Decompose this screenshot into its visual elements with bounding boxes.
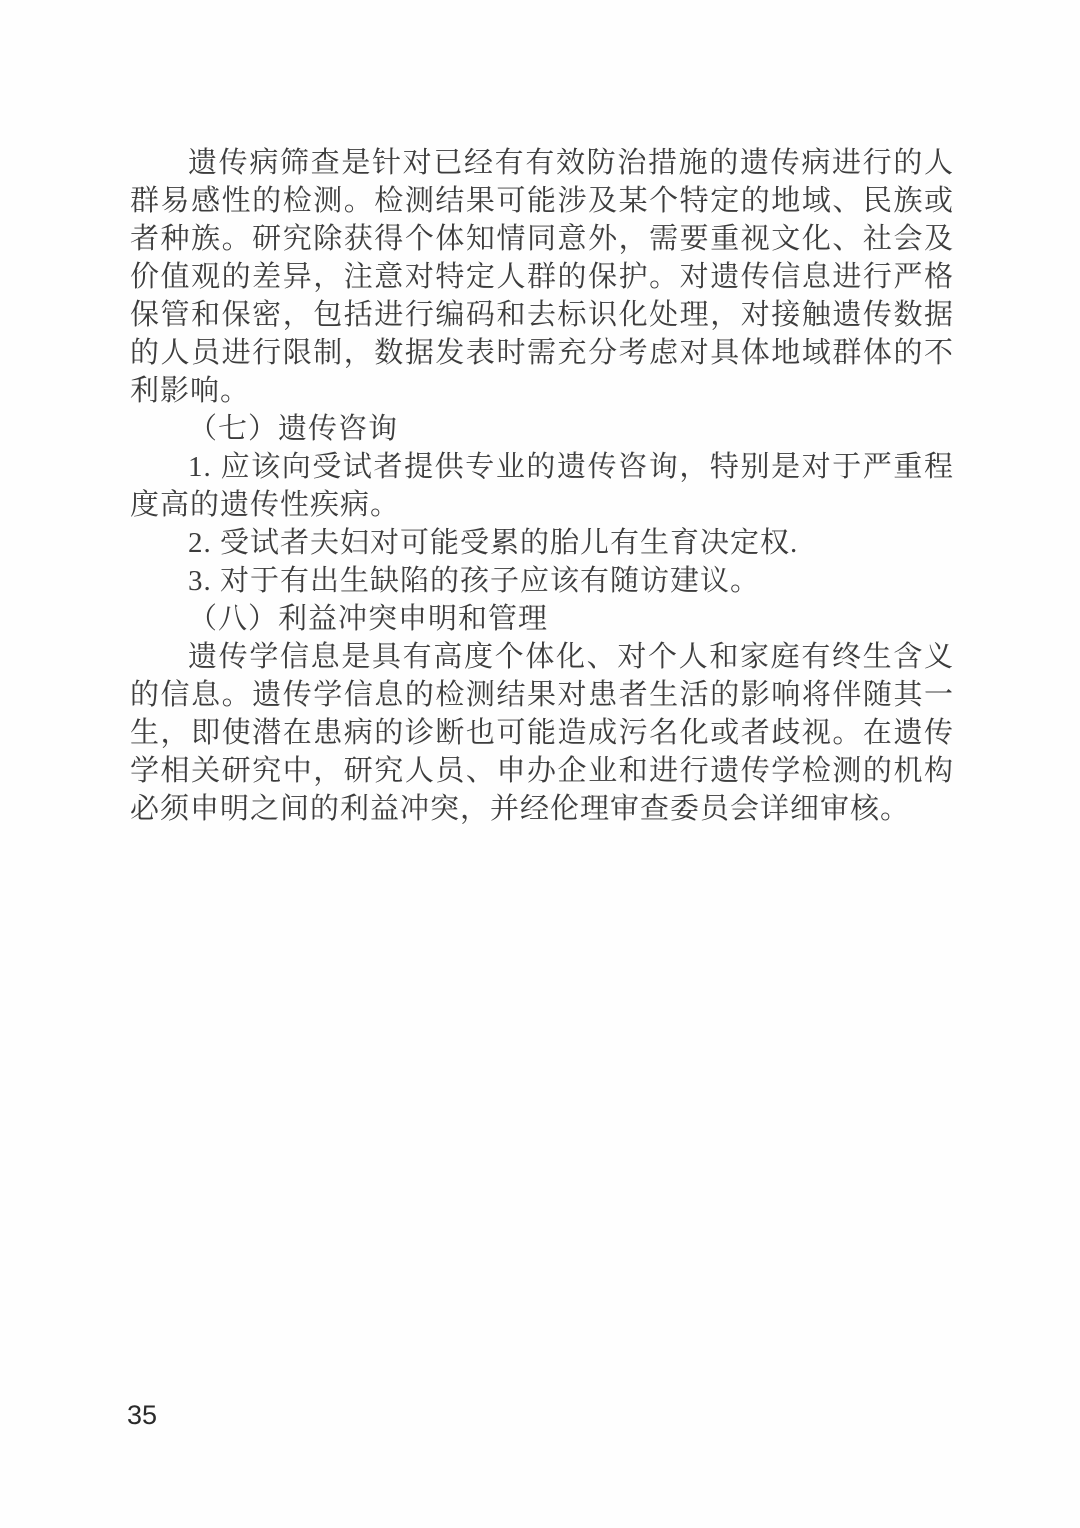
document-body: 遗传病筛查是针对已经有有效防治措施的遗传病进行的人群易感性的检测。检测结果可能涉… (130, 144, 954, 828)
heading-conflict-of-interest: （八）利益冲突申明和管理 (130, 600, 954, 638)
page-number: 35 (127, 1400, 157, 1431)
list-item-3: 3. 对于有出生缺陷的孩子应该有随访建议。 (130, 562, 954, 600)
paragraph-genetic-information: 遗传学信息是具有高度个体化、对个人和家庭有终生含义的信息。遗传学信息的检测结果对… (130, 638, 954, 828)
heading-genetic-counseling: （七）遗传咨询 (130, 410, 954, 448)
list-item-1: 1. 应该向受试者提供专业的遗传咨询，特别是对于严重程度高的遗传性疾病。 (130, 448, 954, 524)
document-page: 遗传病筛查是针对已经有有效防治措施的遗传病进行的人群易感性的检测。检测结果可能涉… (0, 0, 1080, 1528)
list-item-2: 2. 受试者夫妇对可能受累的胎儿有生育决定权. (130, 524, 954, 562)
paragraph-genetic-screening: 遗传病筛查是针对已经有有效防治措施的遗传病进行的人群易感性的检测。检测结果可能涉… (130, 144, 954, 410)
